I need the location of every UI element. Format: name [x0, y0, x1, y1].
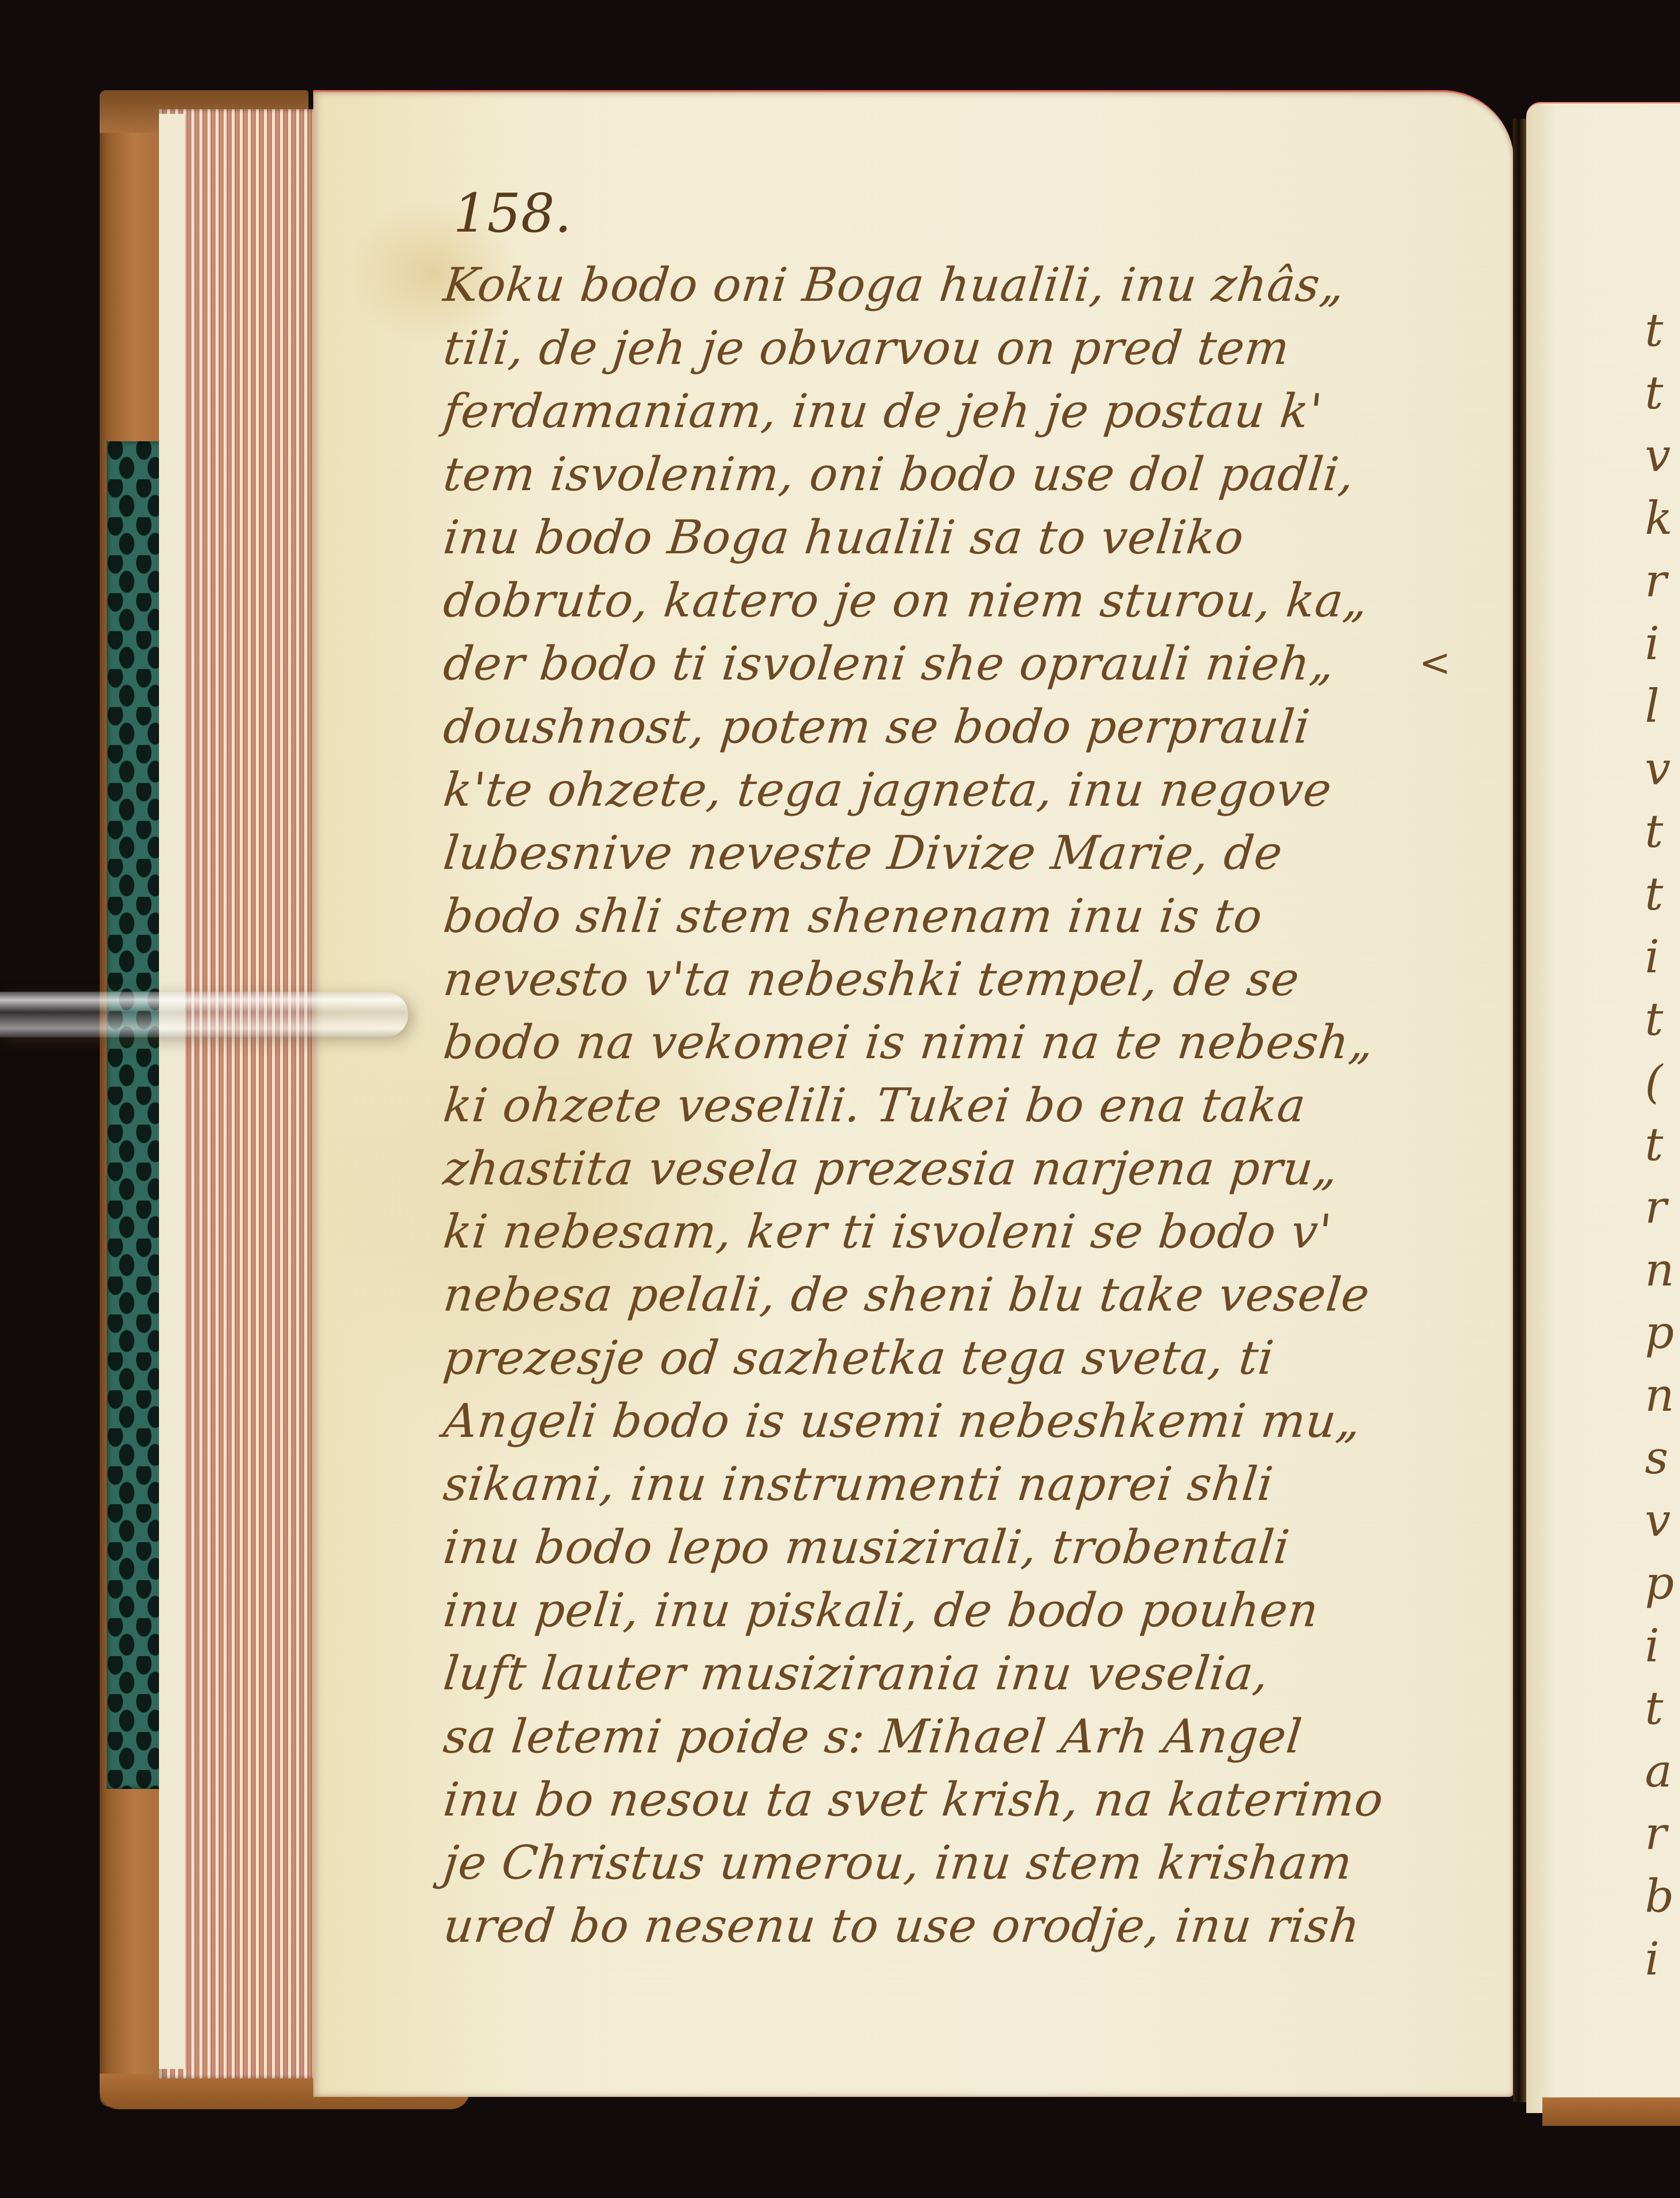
text-line: tili, de jeh je obvarvou on pred tem	[440, 317, 1491, 380]
text-line: der bodo ti isvoleni she oprauli nieh„	[440, 633, 1491, 696]
text-line: ki nebesam, ker ti isvoleni se bodo v'	[440, 1201, 1491, 1264]
facing-text-fragment: p	[1645, 1560, 1674, 1606]
facing-text-fragment: a	[1645, 1748, 1672, 1794]
facing-text-fragment: s	[1645, 1435, 1668, 1481]
facing-text-fragment: r	[1645, 558, 1667, 604]
text-line: Koku bodo oni Boga hualili, inu zhâs„	[440, 254, 1491, 317]
facing-text-fragment: i	[1645, 1623, 1660, 1668]
text-line: luft lauter musizirania inu veselia,	[440, 1642, 1491, 1705]
facing-text-fragment: b	[1645, 1873, 1674, 1919]
book-cover-right-bottom	[1542, 2097, 1680, 2126]
text-line: k'te ohzete, tega jagneta, inu negove	[440, 759, 1491, 822]
facing-text-fragment: v	[1645, 746, 1671, 792]
facing-text-fragment: t	[1645, 809, 1663, 854]
text-line: ferdamaniam, inu de jeh je postau k'	[440, 380, 1491, 443]
facing-text-fragment: (	[1645, 1059, 1662, 1105]
facing-text-fragment: i	[1645, 621, 1660, 666]
book-gutter	[1513, 119, 1526, 2102]
text-line: nebesa pelali, de sheni blu take vesele	[440, 1264, 1491, 1327]
facing-text-fragment: i	[1645, 1936, 1660, 1982]
facing-text-fragment: n	[1645, 1247, 1674, 1293]
facing-text-fragment: t	[1645, 1686, 1663, 1731]
text-line: je Christus umerou, inu stem krisham	[440, 1832, 1491, 1895]
facing-text-fragment: n	[1645, 1372, 1674, 1418]
manuscript-text-block: Koku bodo oni Boga hualili, inu zhâs„ ti…	[444, 254, 1488, 1958]
text-line: ured bo nesenu to use orodje, inu rish	[440, 1895, 1491, 1958]
facing-text-fragment: l	[1645, 683, 1660, 729]
text-line: inu bodo lepo musizirali, trobentali	[440, 1516, 1491, 1579]
facing-text-fragment: p	[1645, 1310, 1674, 1355]
text-line: inu bodo Boga hualili sa to veliko	[440, 506, 1491, 569]
text-line: doushnost, potem se bodo perprauli	[440, 696, 1491, 759]
glass-page-weight-rod	[0, 992, 408, 1037]
text-line: inu bo nesou ta svet krish, na katerimo	[440, 1769, 1491, 1832]
text-line: sikami, inu instrumenti naprei shli	[440, 1453, 1491, 1516]
facing-text-fragment: i	[1645, 934, 1660, 979]
text-line: sa letemi poide s: Mihael Arh Angel	[440, 1705, 1491, 1769]
text-line: bodo shli stem shenenam inu is to	[440, 885, 1491, 948]
flyleaf	[159, 114, 186, 2069]
text-line: prezesje od sazhetka tega sveta, ti	[440, 1327, 1491, 1390]
facing-text-fragment: t	[1645, 871, 1663, 917]
facing-text-fragment: t	[1645, 1122, 1663, 1167]
text-line: lubesnive neveste Divize Marie, de	[440, 822, 1491, 885]
facing-text-fragment: t	[1645, 370, 1663, 416]
facing-text-fragment: v	[1645, 433, 1671, 478]
facing-text-fragment: r	[1645, 1184, 1667, 1230]
text-line: inu peli, inu piskali, de bodo pouhen	[440, 1579, 1491, 1642]
book-cover-marbled-paper	[107, 441, 164, 1789]
facing-text-fragment: t	[1645, 997, 1663, 1042]
facing-text-fragment: k	[1645, 495, 1672, 541]
text-line: Angeli bodo is usemi nebeshkemi mu„	[440, 1390, 1491, 1453]
text-line: nevesto v'ta nebeshki tempel, de se	[440, 948, 1491, 1011]
text-line: dobruto, katero je on niem sturou, ka„	[440, 569, 1491, 633]
facing-text-fragment: t	[1645, 307, 1663, 353]
page-number: 158.	[453, 183, 571, 244]
text-line: zhastita vesela prezesia narjena pru„	[440, 1137, 1491, 1201]
margin-mark: <	[1419, 641, 1451, 685]
facing-page: t t v k r i l v t t i t ( t r n p n s v …	[1526, 102, 1680, 2113]
text-line: tem isvolenim, oni bodo use dol padli,	[440, 443, 1491, 506]
facing-text-fragment: v	[1645, 1498, 1671, 1543]
text-line: ki ohzete veselili. Tukei bo ena taka	[440, 1074, 1491, 1137]
text-line: bodo na vekomei is nimi na te nebesh„	[440, 1011, 1491, 1074]
facing-text-fragment: r	[1645, 1811, 1667, 1856]
